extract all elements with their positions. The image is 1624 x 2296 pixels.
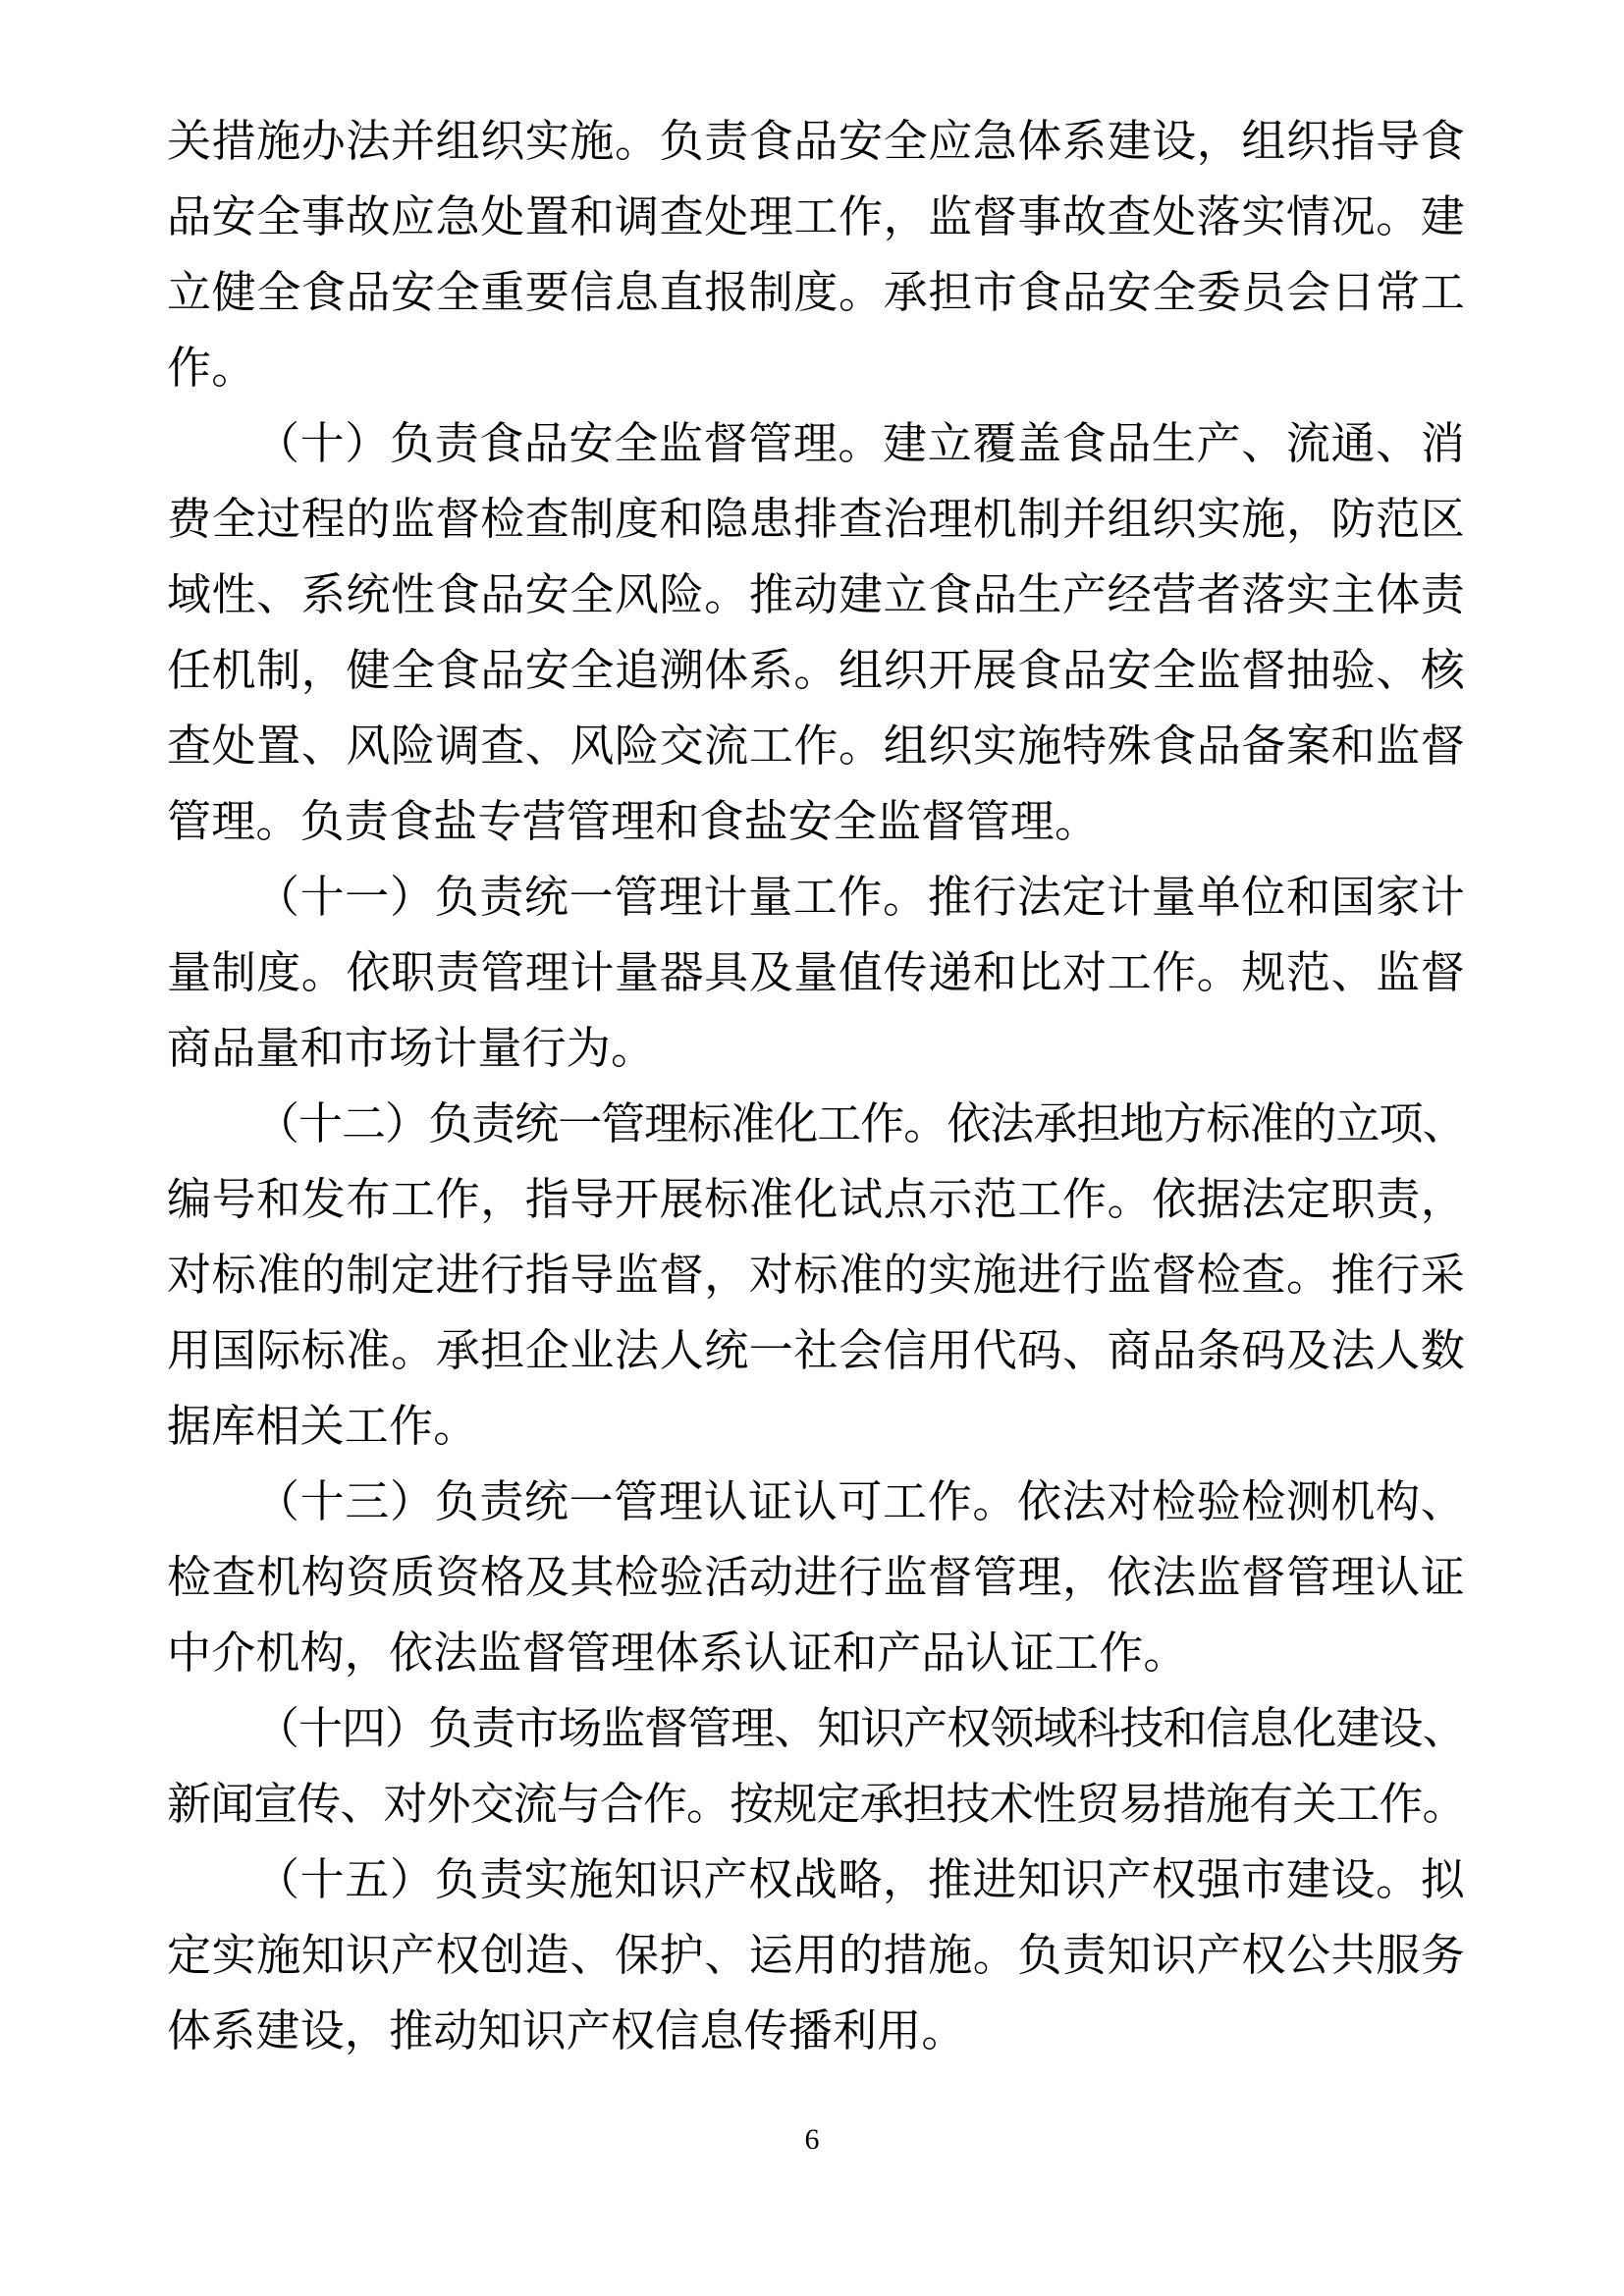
document-page: 关措施办法并组织实施。负责食品安全应急体系建设，组织指导食品安全事故应急处置和调… [0, 0, 1624, 2296]
text-line: 体系建设，推动知识产权信息传播利用。 [167, 1994, 1465, 2069]
text-line: 管理。负责食盐专营管理和食盐安全监督管理。 [167, 784, 1465, 860]
text-line: 品安全事故应急处置和调查处理工作，监督事故查处落实情况。建 [167, 180, 1465, 255]
text-line: 据库相关工作。 [167, 1389, 1465, 1465]
text-line: 中介机构，依法监督管理体系认证和产品认证工作。 [167, 1616, 1465, 1691]
text-line: 用国际标准。承担企业法人统一社会信用代码、商品条码及法人数 [167, 1313, 1465, 1389]
text-line: （十）负责食品安全监督管理。建立覆盖食品生产、流通、消 [167, 406, 1465, 482]
text-line: 量制度。依职责管理计量器具及量值传递和比对工作。规范、监督 [167, 935, 1465, 1011]
text-line: 对标准的制定进行指导监督，对标准的实施进行监督检查。推行采 [167, 1238, 1465, 1313]
text-line: 检查机构资质资格及其检验活动进行监督管理，依法监督管理认证 [167, 1540, 1465, 1616]
page-number: 6 [0, 2123, 1624, 2157]
text-line: 定实施知识产权创造、保护、运用的措施。负责知识产权公共服务 [167, 1918, 1465, 1994]
text-line: 费全过程的监督检查制度和隐患排查治理机制并组织实施，防范区 [167, 482, 1465, 558]
text-line: 新闻宣传、对外交流与合作。按规定承担技术性贸易措施有关工作。 [167, 1767, 1465, 1842]
text-line: 任机制，健全食品安全追溯体系。组织开展食品安全监督抽验、核 [167, 633, 1465, 709]
text-line: 商品量和市场计量行为。 [167, 1011, 1465, 1087]
text-line: 立健全食品安全重要信息直报制度。承担市食品安全委员会日常工 [167, 255, 1465, 331]
text-line: （十五）负责实施知识产权战略，推进知识产权强市建设。拟 [167, 1842, 1465, 1918]
text-line: （十三）负责统一管理认证认可工作。依法对检验检测机构、 [167, 1465, 1465, 1540]
text-line: 域性、系统性食品安全风险。推动建立食品生产经营者落实主体责 [167, 558, 1465, 633]
text-line: 查处置、风险调查、风险交流工作。组织实施特殊食品备案和监督 [167, 709, 1465, 784]
text-line: 关措施办法并组织实施。负责食品安全应急体系建设，组织指导食 [167, 104, 1465, 180]
text-line: （十二）负责统一管理标准化工作。依法承担地方标准的立项、 [167, 1087, 1465, 1162]
document-body: 关措施办法并组织实施。负责食品安全应急体系建设，组织指导食品安全事故应急处置和调… [167, 104, 1465, 2069]
text-line: （十四）负责市场监督管理、知识产权领域科技和信息化建设、 [167, 1691, 1465, 1767]
text-line: （十一）负责统一管理计量工作。推行法定计量单位和国家计 [167, 860, 1465, 935]
text-line: 编号和发布工作，指导开展标准化试点示范工作。依据法定职责， [167, 1162, 1465, 1238]
text-line: 作。 [167, 331, 1465, 406]
